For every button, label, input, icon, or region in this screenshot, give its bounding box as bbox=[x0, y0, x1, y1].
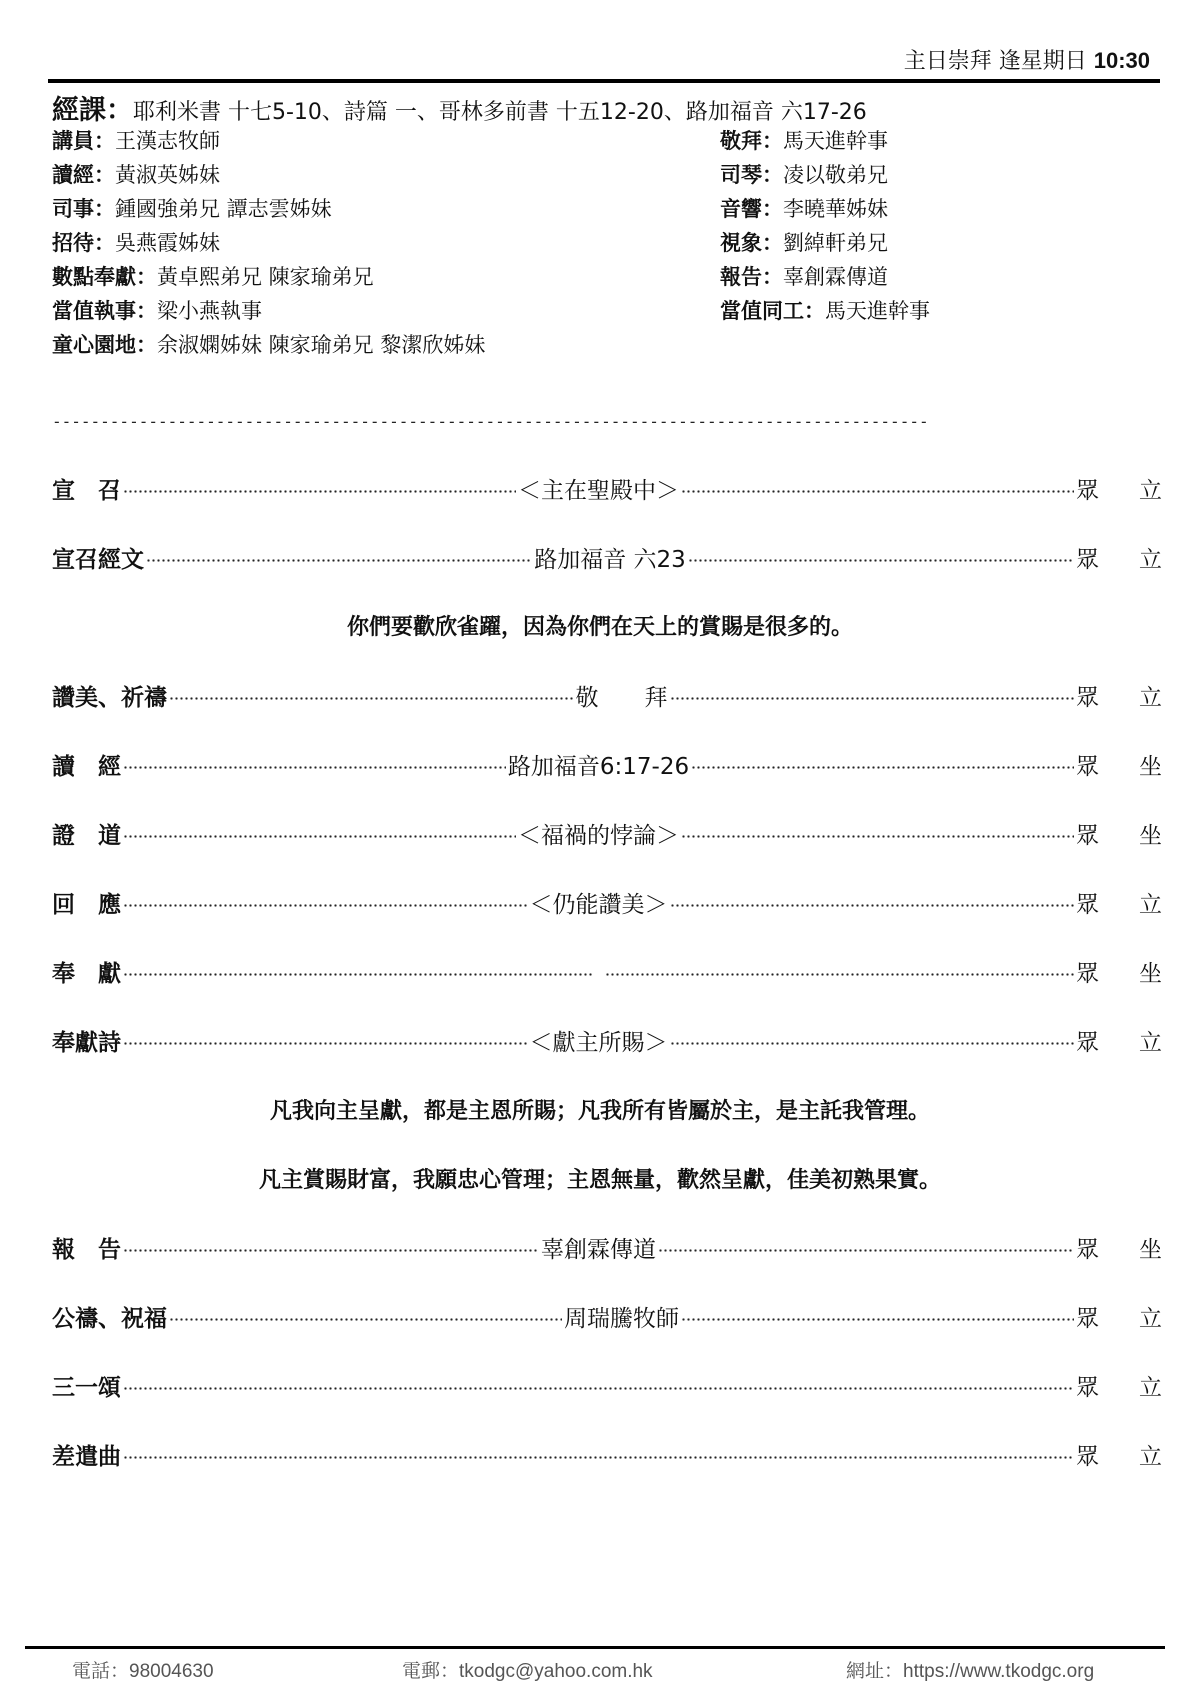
service-item-offering-hymn: 奉獻詩 ＜獻主所賜＞ 眾 立 bbox=[52, 1022, 1162, 1058]
staff-role: 當值同工： bbox=[720, 299, 825, 323]
staff-role: 童心園地： bbox=[52, 333, 157, 357]
footer-website: 網址：https://www.tkodgc.org bbox=[846, 1656, 1094, 1683]
staff-row: 讀經：黃淑英姊妹 bbox=[52, 158, 485, 192]
scripture-lessons: 經課：耶利米書 十七5-10、詩篇 一、哥林多前書 十五12-20、路加福音 六… bbox=[52, 88, 867, 127]
item-detail: 路加福音6:17-26 bbox=[508, 748, 689, 781]
staff-name: 李曉華姊妹 bbox=[783, 197, 888, 221]
staff-list-right: 敬拜：馬天進幹事 司琴：凌以敬弟兄 音響：李曉華姊妹 視象：劉綽軒弟兄 報告：辜… bbox=[720, 124, 930, 328]
staff-row: 講員：王漢志牧師 bbox=[52, 124, 485, 158]
staff-row: 音響：李曉華姊妹 bbox=[720, 192, 930, 226]
service-title: 主日崇拜 逢星期日 bbox=[904, 49, 1087, 74]
item-posture: 立 bbox=[1128, 541, 1162, 574]
item-posture: 立 bbox=[1128, 1438, 1162, 1471]
item-participants: 眾 bbox=[1076, 472, 1100, 505]
service-item-sending-song: 差遣曲 眾 立 bbox=[52, 1436, 1162, 1472]
service-item-sermon: 證 道 ＜福禍的悖論＞ 眾 坐 bbox=[52, 815, 1162, 851]
item-participants: 眾 bbox=[1076, 1231, 1100, 1264]
service-item-doxology: 三一頌 眾 立 bbox=[52, 1367, 1162, 1403]
staff-name: 王漢志牧師 bbox=[115, 129, 220, 153]
item-name: 宣 召 bbox=[52, 472, 121, 505]
staff-name: 黃淑英姊妹 bbox=[115, 163, 220, 187]
dot-leader bbox=[681, 490, 1074, 493]
staff-role: 讀經： bbox=[52, 163, 115, 187]
item-posture: 坐 bbox=[1128, 1231, 1162, 1264]
item-name: 差遣曲 bbox=[52, 1438, 121, 1471]
item-posture: 立 bbox=[1128, 679, 1162, 712]
service-item-offering: 奉 獻 眾 坐 bbox=[52, 953, 1162, 989]
item-name: 奉獻詩 bbox=[52, 1024, 121, 1057]
staff-role: 招待： bbox=[52, 231, 115, 255]
staff-name: 辜創霖傳道 bbox=[783, 265, 888, 289]
staff-name: 梁小燕執事 bbox=[157, 299, 262, 323]
item-participants: 眾 bbox=[1076, 679, 1100, 712]
item-posture: 立 bbox=[1128, 472, 1162, 505]
item-detail: 辜創霖傳道 bbox=[541, 1231, 656, 1264]
staff-row: 當值執事：梁小燕執事 bbox=[52, 294, 485, 328]
service-item-response: 回 應 ＜仍能讚美＞ 眾 立 bbox=[52, 884, 1162, 920]
header-rule bbox=[48, 79, 1160, 83]
item-posture: 立 bbox=[1128, 1369, 1162, 1402]
staff-role: 司事： bbox=[52, 197, 115, 221]
offering-hymn-line-2: 凡主賞賜財富，我願忠心管理；主恩無量，歡然呈獻，佳美初熟果實。 bbox=[0, 1163, 1200, 1194]
service-item-scripture-reading: 讀 經 路加福音6:17-26 眾 坐 bbox=[52, 746, 1162, 782]
item-participants: 眾 bbox=[1076, 817, 1100, 850]
staff-role: 講員： bbox=[52, 129, 115, 153]
item-participants: 眾 bbox=[1076, 1024, 1100, 1057]
dot-leader bbox=[123, 835, 516, 838]
dot-leader bbox=[670, 697, 1075, 700]
service-item-call-scripture: 宣召經文 路加福音 六23 眾 立 bbox=[52, 539, 1162, 575]
dot-leader bbox=[123, 1387, 1074, 1390]
staff-row: 司琴：凌以敬弟兄 bbox=[720, 158, 930, 192]
staff-name: 余淑嫻姊妹 陳家瑜弟兄 黎潔欣姊妹 bbox=[157, 333, 485, 357]
lessons-text: 耶利米書 十七5-10、詩篇 一、哥林多前書 十五12-20、路加福音 六17-… bbox=[133, 100, 867, 125]
item-detail: 周瑞騰牧師 bbox=[564, 1300, 679, 1333]
staff-row: 童心園地：余淑嫻姊妹 陳家瑜弟兄 黎潔欣姊妹 bbox=[52, 328, 485, 362]
dot-leader bbox=[169, 1318, 562, 1321]
service-time: 10:30 bbox=[1094, 48, 1150, 73]
item-participants: 眾 bbox=[1076, 748, 1100, 781]
item-name: 讀 經 bbox=[52, 748, 121, 781]
staff-role: 當值執事： bbox=[52, 299, 157, 323]
staff-row: 司事：鍾國強弟兄 譚志雲姊妹 bbox=[52, 192, 485, 226]
footer-rule bbox=[25, 1646, 1165, 1649]
item-name: 讚美、祈禱 bbox=[52, 679, 167, 712]
item-posture: 坐 bbox=[1128, 748, 1162, 781]
dot-leader bbox=[681, 835, 1074, 838]
item-name: 奉 獻 bbox=[52, 955, 121, 988]
item-participants: 眾 bbox=[1076, 886, 1100, 919]
footer-email: 電郵：tkodgc@yahoo.com.hk bbox=[402, 1656, 653, 1683]
item-name: 三一頌 bbox=[52, 1369, 121, 1402]
item-name: 報 告 bbox=[52, 1231, 121, 1264]
dot-leader bbox=[146, 559, 532, 562]
dot-leader bbox=[658, 1249, 1074, 1252]
dot-leader bbox=[123, 490, 516, 493]
staff-name: 黃卓熙弟兄 陳家瑜弟兄 bbox=[157, 265, 374, 289]
service-item-prayer-benediction: 公禱、祝福 周瑞騰牧師 眾 立 bbox=[52, 1298, 1162, 1334]
item-posture: 立 bbox=[1128, 886, 1162, 919]
item-detail: ＜主在聖殿中＞ bbox=[518, 472, 679, 505]
item-posture: 坐 bbox=[1128, 817, 1162, 850]
item-detail: 敬 拜 bbox=[576, 679, 668, 712]
dot-leader bbox=[670, 1042, 1075, 1045]
offering-hymn-line-1: 凡我向主呈獻，都是主恩所賜；凡我所有皆屬於主，是主託我管理。 bbox=[0, 1094, 1200, 1125]
staff-name: 吳燕霞姊妹 bbox=[115, 231, 220, 255]
item-name: 公禱、祝福 bbox=[52, 1300, 167, 1333]
staff-row: 報告：辜創霖傳道 bbox=[720, 260, 930, 294]
dot-leader bbox=[123, 1249, 539, 1252]
staff-name: 馬天進幹事 bbox=[825, 299, 930, 323]
staff-row: 視象：劉綽軒弟兄 bbox=[720, 226, 930, 260]
dot-leader bbox=[123, 1456, 1074, 1459]
item-detail: ＜福禍的悖論＞ bbox=[518, 817, 679, 850]
staff-row: 當值同工：馬天進幹事 bbox=[720, 294, 930, 328]
item-participants: 眾 bbox=[1076, 955, 1100, 988]
dot-leader bbox=[123, 1042, 528, 1045]
lessons-label: 經課： bbox=[52, 95, 133, 126]
item-name: 證 道 bbox=[52, 817, 121, 850]
staff-name: 鍾國強弟兄 譚志雲姊妹 bbox=[115, 197, 332, 221]
item-posture: 立 bbox=[1128, 1300, 1162, 1333]
item-participants: 眾 bbox=[1076, 541, 1100, 574]
dot-leader bbox=[123, 973, 593, 976]
dot-leader bbox=[670, 904, 1075, 907]
staff-name: 凌以敬弟兄 bbox=[783, 163, 888, 187]
service-item-call-to-worship: 宣 召 ＜主在聖殿中＞ 眾 立 bbox=[52, 470, 1162, 506]
call-verse-text: 你們要歡欣雀躍，因為你們在天上的賞賜是很多的。 bbox=[0, 610, 1200, 641]
service-item-announcements: 報 告 辜創霖傳道 眾 坐 bbox=[52, 1229, 1162, 1265]
dot-leader bbox=[688, 559, 1074, 562]
item-participants: 眾 bbox=[1076, 1300, 1100, 1333]
footer-phone: 電話：98004630 bbox=[72, 1656, 214, 1683]
dot-leader bbox=[605, 973, 1075, 976]
staff-list-left: 講員：王漢志牧師 讀經：黃淑英姊妹 司事：鍾國強弟兄 譚志雲姊妹 招待：吳燕霞姊… bbox=[52, 124, 485, 362]
staff-row: 敬拜：馬天進幹事 bbox=[720, 124, 930, 158]
item-posture: 立 bbox=[1128, 1024, 1162, 1057]
staff-name: 劉綽軒弟兄 bbox=[783, 231, 888, 255]
staff-role: 數點奉獻： bbox=[52, 265, 157, 289]
page-header-title: 主日崇拜 逢星期日 10:30 bbox=[904, 44, 1150, 75]
staff-row: 招待：吳燕霞姊妹 bbox=[52, 226, 485, 260]
item-participants: 眾 bbox=[1076, 1369, 1100, 1402]
dot-leader bbox=[123, 766, 506, 769]
item-participants: 眾 bbox=[1076, 1438, 1100, 1471]
staff-role: 音響： bbox=[720, 197, 783, 221]
staff-name: 馬天進幹事 bbox=[783, 129, 888, 153]
dot-leader bbox=[169, 697, 574, 700]
item-posture: 坐 bbox=[1128, 955, 1162, 988]
staff-role: 視象： bbox=[720, 231, 783, 255]
item-detail: ＜仍能讚美＞ bbox=[530, 886, 668, 919]
item-detail: ＜獻主所賜＞ bbox=[530, 1024, 668, 1057]
dot-leader bbox=[123, 904, 528, 907]
staff-role: 報告： bbox=[720, 265, 783, 289]
dot-leader bbox=[681, 1318, 1074, 1321]
item-name: 宣召經文 bbox=[52, 541, 144, 574]
dot-leader bbox=[691, 766, 1074, 769]
dashed-divider: ----------------------------------------… bbox=[52, 412, 1104, 431]
staff-role: 敬拜： bbox=[720, 129, 783, 153]
item-detail: 路加福音 六23 bbox=[534, 541, 686, 574]
staff-row: 數點奉獻：黃卓熙弟兄 陳家瑜弟兄 bbox=[52, 260, 485, 294]
service-item-praise-prayer: 讚美、祈禱 敬 拜 眾 立 bbox=[52, 677, 1162, 713]
item-name: 回 應 bbox=[52, 886, 121, 919]
staff-role: 司琴： bbox=[720, 163, 783, 187]
